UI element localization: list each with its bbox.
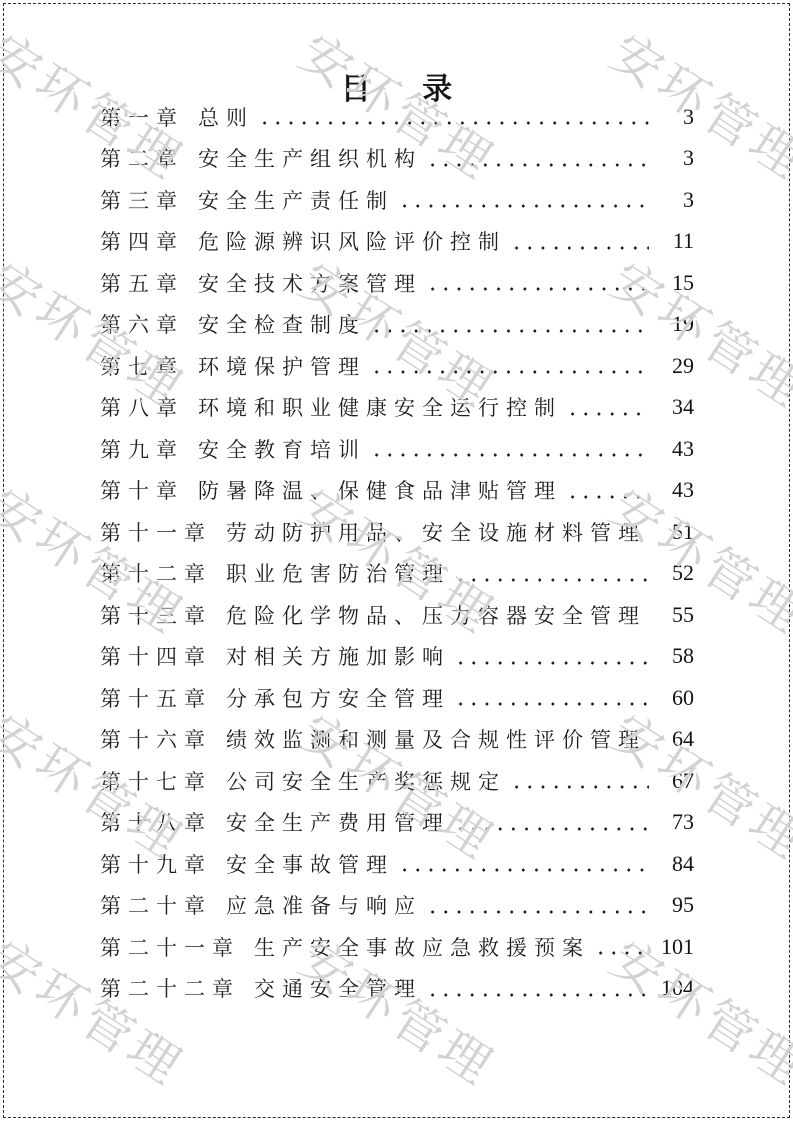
chapter-title: 公司安全生产奖惩规定 [226, 766, 506, 796]
page-number: 43 [652, 477, 694, 503]
dot-leader [424, 138, 649, 180]
chapter-label: 第八章 [100, 392, 184, 422]
dot-leader [368, 304, 649, 346]
chapter-label: 第十九章 [100, 849, 212, 879]
dot-leader [452, 553, 649, 595]
chapter-label: 第十八章 [100, 807, 212, 837]
page-number: 101 [652, 934, 694, 960]
toc-entry[interactable]: 第九章 安全教育培训 43 [100, 428, 694, 470]
chapter-label: 第十四章 [100, 641, 212, 671]
chapter-title: 危险源辨识风险评价控制 [198, 226, 506, 256]
toc-entry[interactable]: 第十八章 安全生产费用管理 73 [100, 802, 694, 844]
dot-leader [648, 511, 649, 553]
dot-leader [424, 885, 649, 927]
chapter-label: 第十一章 [100, 517, 212, 547]
dot-leader [452, 636, 649, 678]
chapter-title: 危险化学物品、压力容器安全管理 [226, 600, 646, 630]
page-number: 55 [652, 602, 694, 628]
dot-leader [508, 760, 649, 802]
toc-entry[interactable]: 第三章 安全生产责任制 3 [100, 179, 694, 221]
page-number: 19 [652, 311, 694, 337]
chapter-label: 第十七章 [100, 766, 212, 796]
dot-leader [368, 428, 649, 470]
page-number: 3 [652, 104, 694, 130]
page-number: 34 [652, 394, 694, 420]
toc-entry[interactable]: 第二十一章 生产安全事故应急救援预案 101 [100, 926, 694, 968]
page-number: 15 [652, 270, 694, 296]
chapter-label: 第四章 [100, 226, 184, 256]
toc-entry[interactable]: 第十九章 安全事故管理 84 [100, 843, 694, 885]
toc-entry[interactable]: 第二十章 应急准备与响应 95 [100, 885, 694, 927]
chapter-title: 安全检查制度 [198, 309, 366, 339]
chapter-label: 第九章 [100, 434, 184, 464]
chapter-title: 安全事故管理 [226, 849, 394, 879]
chapter-label: 第二十章 [100, 890, 212, 920]
toc-entry[interactable]: 第十四章 对相关方施加影响 58 [100, 636, 694, 678]
toc-entry[interactable]: 第十章 防暑降温、保健食品津贴管理 43 [100, 470, 694, 512]
dot-leader [592, 926, 649, 968]
toc-entry[interactable]: 第十五章 分承包方安全管理 60 [100, 677, 694, 719]
dot-leader [508, 221, 649, 263]
chapter-label: 第十六章 [100, 724, 212, 754]
chapter-label: 第十三章 [100, 600, 212, 630]
chapter-title: 环境保护管理 [198, 351, 366, 381]
chapter-title: 安全生产组织机构 [198, 143, 422, 173]
chapter-title: 分承包方安全管理 [226, 683, 450, 713]
chapter-title: 对相关方施加影响 [226, 641, 450, 671]
toc-entry[interactable]: 第八章 环境和职业健康安全运行控制 34 [100, 387, 694, 429]
dot-leader [424, 968, 649, 1010]
page-number: 84 [652, 851, 694, 877]
dot-leader [452, 802, 649, 844]
chapter-label: 第三章 [100, 185, 184, 215]
toc-entry[interactable]: 第十七章 公司安全生产奖惩规定 67 [100, 760, 694, 802]
page-number: 95 [652, 892, 694, 918]
toc-entry[interactable]: 第十三章 危险化学物品、压力容器安全管理 55 [100, 594, 694, 636]
chapter-title: 安全教育培训 [198, 434, 366, 464]
toc-entry[interactable]: 第十二章 职业危害防治管理 52 [100, 553, 694, 595]
dot-leader [564, 387, 649, 429]
chapter-label: 第六章 [100, 309, 184, 339]
chapter-title: 安全技术方案管理 [198, 268, 422, 298]
chapter-title: 职业危害防治管理 [226, 558, 450, 588]
dot-leader [368, 345, 649, 387]
dot-leader [564, 470, 649, 512]
chapter-title: 总则 [198, 102, 254, 132]
dot-leader [424, 262, 649, 304]
document-page: { "page": { "title": "目 录", "watermark":… [0, 0, 793, 1122]
chapter-title: 生产安全事故应急救援预案 [254, 932, 590, 962]
dot-leader [648, 719, 649, 761]
dot-leader [396, 843, 649, 885]
toc-entry[interactable]: 第四章 危险源辨识风险评价控制 11 [100, 221, 694, 263]
dot-leader [452, 677, 649, 719]
toc-entry[interactable]: 第二章 安全生产组织机构 3 [100, 138, 694, 180]
dot-leader [396, 179, 649, 221]
chapter-title: 安全生产费用管理 [226, 807, 450, 837]
chapter-title: 劳动防护用品、安全设施材料管理 [226, 517, 646, 547]
chapter-title: 应急准备与响应 [226, 890, 422, 920]
toc-entry[interactable]: 第五章 安全技术方案管理 15 [100, 262, 694, 304]
page-number: 58 [652, 643, 694, 669]
page-number: 29 [652, 353, 694, 379]
page-number: 64 [652, 726, 694, 752]
page-number: 73 [652, 809, 694, 835]
chapter-title: 安全生产责任制 [198, 185, 394, 215]
toc-entry[interactable]: 第一章 总则 3 [100, 96, 694, 138]
page-number: 11 [652, 228, 694, 254]
toc-list: 第一章 总则 3 第二章 安全生产组织机构 3 第三章 安全生产责任制 3 第四… [100, 96, 694, 1009]
page-number: 104 [652, 975, 694, 1001]
chapter-label: 第二十二章 [100, 973, 240, 1003]
chapter-label: 第十章 [100, 475, 184, 505]
toc-entry[interactable]: 第六章 安全检查制度 19 [100, 304, 694, 346]
page-number: 51 [652, 519, 694, 545]
chapter-title: 绩效监测和测量及合规性评价管理 [226, 724, 646, 754]
toc-entry[interactable]: 第十一章 劳动防护用品、安全设施材料管理 51 [100, 511, 694, 553]
page-number: 52 [652, 560, 694, 586]
chapter-label: 第一章 [100, 102, 184, 132]
toc-entry[interactable]: 第七章 环境保护管理 29 [100, 345, 694, 387]
toc-entry[interactable]: 第十六章 绩效监测和测量及合规性评价管理 64 [100, 719, 694, 761]
chapter-title: 环境和职业健康安全运行控制 [198, 392, 562, 422]
page-number: 43 [652, 436, 694, 462]
chapter-label: 第十五章 [100, 683, 212, 713]
chapter-label: 第十二章 [100, 558, 212, 588]
page-number: 3 [652, 145, 694, 171]
chapter-label: 第二章 [100, 143, 184, 173]
page-number: 3 [652, 187, 694, 213]
chapter-title: 防暑降温、保健食品津贴管理 [198, 475, 562, 505]
chapter-label: 第五章 [100, 268, 184, 298]
dot-leader [648, 594, 649, 636]
chapter-label: 第七章 [100, 351, 184, 381]
dot-leader [256, 96, 649, 138]
page-number: 67 [652, 768, 694, 794]
toc-entry[interactable]: 第二十二章 交通安全管理 104 [100, 968, 694, 1010]
chapter-label: 第二十一章 [100, 932, 240, 962]
page-number: 60 [652, 685, 694, 711]
chapter-title: 交通安全管理 [254, 973, 422, 1003]
